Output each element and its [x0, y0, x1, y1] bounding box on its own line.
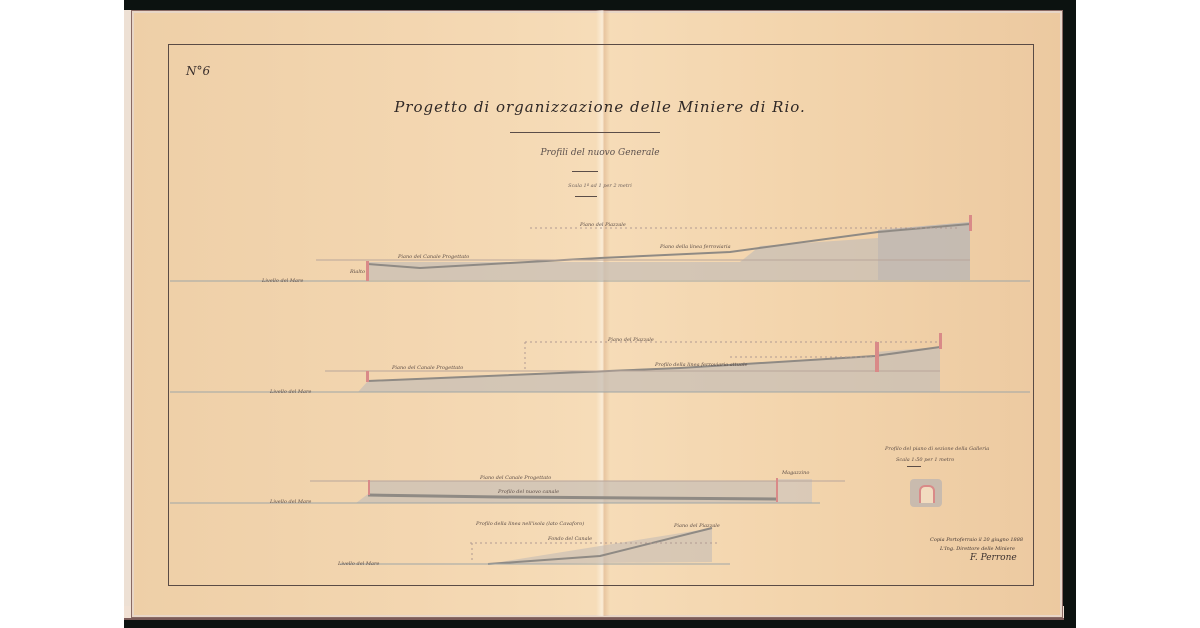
profile-2 — [170, 342, 1030, 392]
tunnel-cross-section — [910, 479, 942, 507]
red-marker — [366, 371, 369, 382]
profile-4-mid-label: Fondo del Canale — [548, 536, 592, 542]
red-marker — [368, 480, 370, 495]
profile-2-canal-label: Piano del Canale Progettato — [392, 365, 463, 371]
profile-1-sea-label: Livello del Mare — [262, 278, 303, 284]
red-marker — [875, 342, 879, 372]
signature-block: Copia Portoferraio il 20 giugno 1888 L'I… — [930, 536, 1023, 563]
profile-3-end-label: Magazzino — [782, 470, 809, 476]
profiles-drawing — [0, 0, 1200, 628]
profile-1 — [170, 222, 1030, 281]
tunnel-rule — [907, 466, 921, 467]
profile-3-slope-label: Profilo del nuovo canale — [498, 489, 559, 495]
red-marker — [969, 215, 972, 231]
profile-4-sea-label: Livello del Mare — [338, 561, 379, 567]
profile-4-upper-label: Piano del Piazzale — [674, 523, 720, 529]
tunnel-section-caption: Profilo del piano di sezione della Galle… — [885, 446, 989, 452]
profile-1-upper-label: Piano del Piazzale — [580, 222, 626, 228]
profile-2-upper-label: Piano del Piazzale — [608, 337, 654, 343]
tunnel-section-scale: Scala 1:50 per 1 metro — [896, 457, 954, 463]
profile-1-start-label: Rialto — [350, 269, 365, 275]
profile-2-slope-label: Profilo della linea ferroviaria attuale — [655, 362, 748, 368]
profile-4 — [340, 527, 730, 564]
signature: F. Perrone — [930, 554, 1023, 563]
red-marker — [939, 333, 942, 349]
profile-2-sea-label: Livello del Mare — [270, 389, 311, 395]
signature-line-1: Copia Portoferraio il 20 giugno 1888 — [930, 536, 1023, 545]
profile-3-sea-label: Livello del Mare — [270, 499, 311, 505]
red-marker — [366, 261, 369, 281]
profile-1-slope-label: Piano della linea ferroviaria — [660, 244, 731, 250]
profile-4-title-label: Profilo della linea nell'isola (lato Cav… — [476, 521, 584, 527]
red-marker — [776, 478, 778, 502]
profile-3-canal-label: Piano del Canale Progettato — [480, 475, 551, 481]
profile-1-canal-label: Piano del Canale Progettato — [398, 254, 469, 260]
